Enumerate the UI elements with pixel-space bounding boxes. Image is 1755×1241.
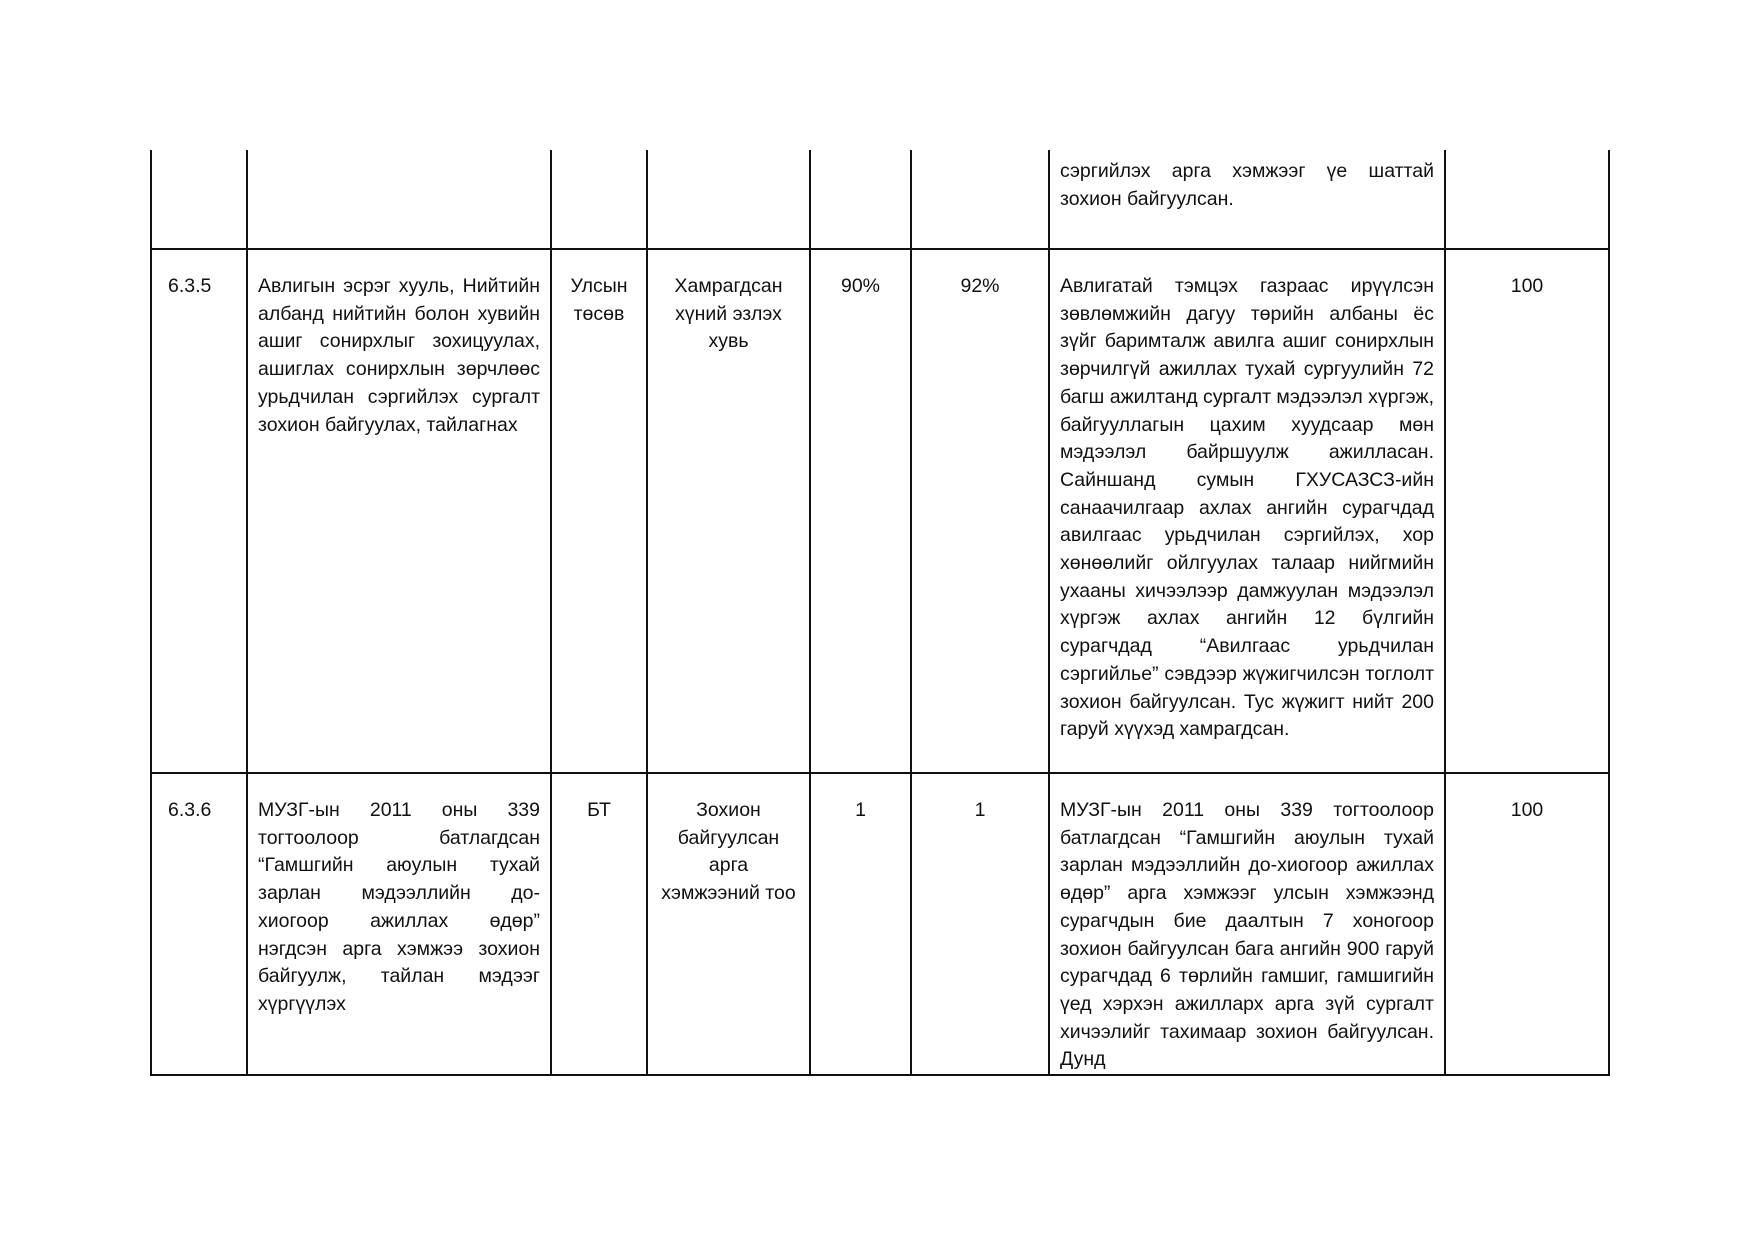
activity-text: Авлигын эсрэг хууль, Нийтийн албанд нийт… bbox=[248, 250, 550, 439]
indicator-text: Зохион байгуулсан арга хэмжээний тоо bbox=[648, 774, 809, 908]
funding-source: БТ bbox=[552, 774, 646, 825]
actual-value: 92% bbox=[912, 250, 1048, 301]
actual-cell: 92% bbox=[911, 249, 1049, 773]
funding-source: Улсын төсөв bbox=[552, 250, 646, 328]
score-cell: 100 bbox=[1445, 249, 1609, 773]
target-cell bbox=[810, 150, 911, 249]
target-cell: 90% bbox=[810, 249, 911, 773]
activity-cell: МУЗГ-ын 2011 оны 339 тогтоолоор батлагдс… bbox=[247, 773, 551, 1075]
row-code: 6.3.6 bbox=[152, 774, 246, 825]
activity-text: МУЗГ-ын 2011 оны 339 тогтоолоор батлагдс… bbox=[248, 774, 550, 1019]
target-value: 90% bbox=[811, 250, 910, 301]
result-cell: сэргийлэх арга хэмжээг үе шаттай зохион … bbox=[1049, 150, 1445, 249]
code-cell: 6.3.5 bbox=[151, 249, 247, 773]
table-row-continuation: сэргийлэх арга хэмжээг үе шаттай зохион … bbox=[151, 150, 1609, 249]
row-code: 6.3.5 bbox=[152, 250, 246, 301]
code-cell: 6.3.6 bbox=[151, 773, 247, 1075]
actual-cell bbox=[911, 150, 1049, 249]
code-cell bbox=[151, 150, 247, 249]
table-row: 6.3.5 Авлигын эсрэг хууль, Нийтийн албан… bbox=[151, 249, 1609, 773]
funding-cell bbox=[551, 150, 647, 249]
score-cell bbox=[1445, 150, 1609, 249]
target-value: 1 bbox=[811, 774, 910, 825]
score-cell: 100 bbox=[1445, 773, 1609, 1075]
result-text: МУЗГ-ын 2011 оны 339 тогтоолоор батлагдс… bbox=[1060, 799, 1434, 1043]
indicator-cell: Зохион байгуулсан арга хэмжээний тоо bbox=[647, 773, 810, 1075]
score-value: 100 bbox=[1446, 250, 1608, 301]
result-cell: Авлигатай тэмцэх газраас ирүүлсэн зөвлөм… bbox=[1049, 249, 1445, 773]
actual-value: 1 bbox=[912, 774, 1048, 825]
result-text: сэргийлэх арга хэмжээг үе шаттай зохион … bbox=[1050, 150, 1444, 213]
table-row: 6.3.6 МУЗГ-ын 2011 оны 339 тогтоолоор ба… bbox=[151, 773, 1609, 1075]
activity-cell: Авлигын эсрэг хууль, Нийтийн албанд нийт… bbox=[247, 249, 551, 773]
result-text-wrapper: МУЗГ-ын 2011 оны 339 тогтоолоор батлагдс… bbox=[1050, 774, 1444, 1073]
indicator-text: Хамрагдсан хүний эзлэх хувь bbox=[648, 250, 809, 356]
result-text: Авлигатай тэмцэх газраас ирүүлсэн зөвлөм… bbox=[1050, 250, 1444, 744]
document-page: сэргийлэх арга хэмжээг үе шаттай зохион … bbox=[0, 0, 1755, 1241]
target-cell: 1 bbox=[810, 773, 911, 1075]
result-text-cut: Дунд bbox=[1060, 1048, 1106, 1070]
funding-cell: Улсын төсөв bbox=[551, 249, 647, 773]
indicator-cell: Хамрагдсан хүний эзлэх хувь bbox=[647, 249, 810, 773]
score-value: 100 bbox=[1446, 774, 1608, 825]
report-table: сэргийлэх арга хэмжээг үе шаттай зохион … bbox=[150, 150, 1610, 1076]
actual-cell: 1 bbox=[911, 773, 1049, 1075]
activity-cell bbox=[247, 150, 551, 249]
indicator-cell bbox=[647, 150, 810, 249]
funding-cell: БТ bbox=[551, 773, 647, 1075]
result-cell: МУЗГ-ын 2011 оны 339 тогтоолоор батлагдс… bbox=[1049, 773, 1445, 1075]
